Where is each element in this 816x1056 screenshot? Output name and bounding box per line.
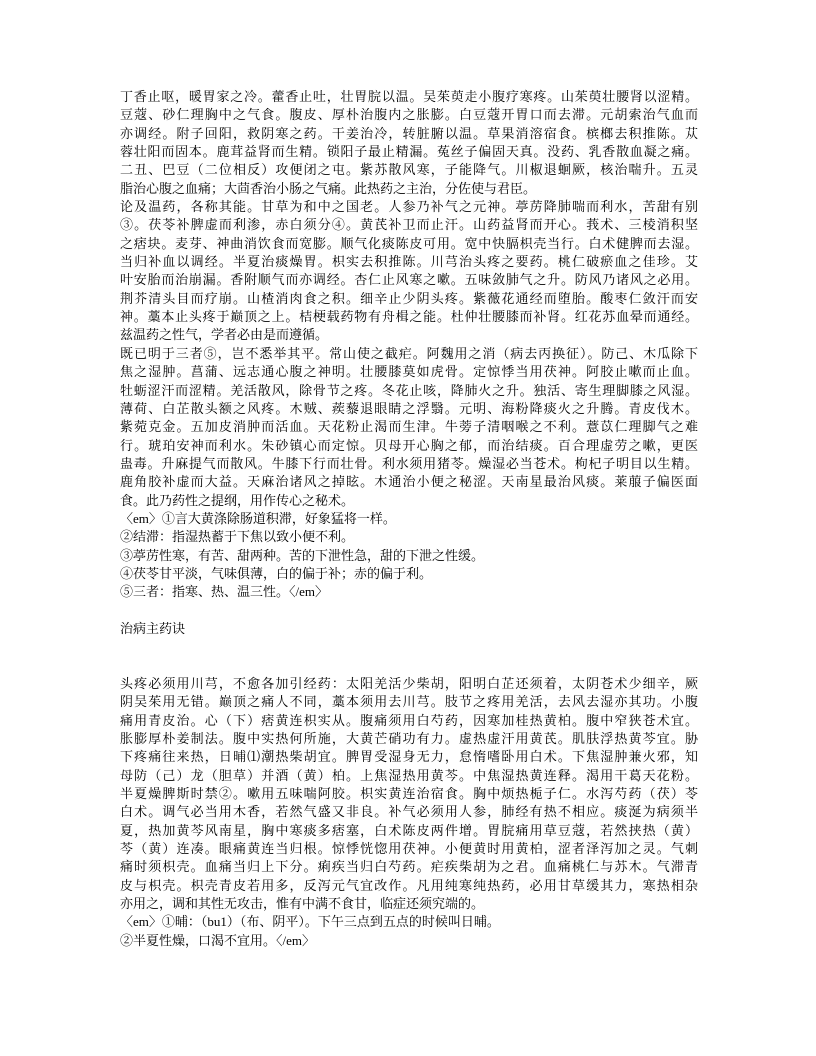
text-line: 紫菀克金。五加皮消肿而活血。天花粉止渴而生津。牛蒡子清咽喉之不利。薏苡仁理脚气之… bbox=[120, 418, 698, 436]
text-line: 焦之湿肿。菖蒲、远志通心腹之神明。壮腰膝莫如虎骨。定惊悸当用茯神。阿胶止嗽而止血… bbox=[120, 363, 698, 381]
blank-line bbox=[120, 602, 698, 620]
text-line: 荆芥清头目而疗崩。山楂消肉食之积。细辛止少阴头疼。紫薇花通经而堕胎。酸枣仁敛汗而… bbox=[120, 290, 698, 308]
text-line: 牡蛎涩汗而涩精。羌活散风，除骨节之疼。冬花止咳，降肺火之升。独活、寄生理脚膝之风… bbox=[120, 382, 698, 400]
text-line: 下疼痛往来热，日晡⑴潮热柴胡宜。脾胃受湿身无力，怠惰嗜卧用白术。下焦湿肿兼火邪，… bbox=[120, 748, 698, 766]
section-title: 治病主药诀 bbox=[120, 620, 698, 638]
text-line: 胀膨厚朴姜制法。腹中实热何所施，大黄芒硝功有力。虚热虚汗用黄芪。肌肤浮热黄芩宜。… bbox=[120, 730, 698, 748]
footnote-line: ④茯苓甘平淡，气味俱薄，白的偏于补；赤的偏于利。 bbox=[120, 565, 698, 583]
footnote-line: ③葶苈性寒，有苦、甜两种。苦的下泄性急，甜的下泄之性缓。 bbox=[120, 547, 698, 565]
text-line: 痛时须枳壳。血痛当归上下分。痢疾当归白芍药。疟疾柴胡为之君。血痛桃仁与苏木。气滞… bbox=[120, 858, 698, 876]
text-line: 既已明于三者⑤，岂不悉举其平。常山使之截疟。阿魏用之消（病去丙换征）。防己、木瓜… bbox=[120, 345, 698, 363]
text-line: 叶安胎而治崩漏。香附顺气而亦调经。杏仁止风寒之嗽。五味敛肺气之升。防风乃诸风之必… bbox=[120, 271, 698, 289]
footnote-line: ②结滞：指湿热蓄于下焦以致小便不利。 bbox=[120, 528, 698, 546]
footnote-line: ②半夏性燥，口渴不宜用。〈/em〉 bbox=[120, 932, 698, 950]
text-line: 芩（黄）连凑。眼痛黄连当归根。惊悸恍惚用茯神。小便黄时用黄柏，涩者泽泻加之灵。气… bbox=[120, 840, 698, 858]
text-line: 蓉壮阳而固本。鹿茸益肾而生精。锁阳子最止精漏。菟丝子偏固天真。没药、乳香散血凝之… bbox=[120, 143, 698, 161]
text-line: 行。琥珀安神而利水。朱砂镇心而定惊。贝母开心胸之郁，而治结痰。百合理虚劳之嗽，更… bbox=[120, 437, 698, 455]
text-line: 母防（己）龙（胆草）并酒（黄）柏。上焦湿热用黄芩。中焦湿热黄连释。渴用干葛天花粉… bbox=[120, 767, 698, 785]
text-line: 蛊毒。升麻提气而散风。牛膝下行而壮骨。利水须用猪苓。燥湿必当苍术。枸杞子明目以生… bbox=[120, 455, 698, 473]
text-line: 鹿角胶补虚而大益。天麻治诸风之掉眩。木通治小便之秘涩。天南星最治风痰。莱菔子偏医… bbox=[120, 473, 698, 491]
footnote-line: 〈em〉①言大黄涤除肠道积滞，好象猛将一样。 bbox=[120, 510, 698, 528]
text-line: 半夏燥脾斯时禁②。嗽用五味喘阿胶。枳实黄连治宿食。胸中烦热栀子仁。水泻芍药（茯）… bbox=[120, 785, 698, 803]
footnote-line: 〈em〉①晡：（bu1）（布、阴平）。下午三点到五点的时候叫日晡。 bbox=[120, 913, 698, 931]
text-line: 豆蔻、砂仁理胸中之气食。腹皮、厚朴治腹内之胀膨。白豆蔻开胃口而去滞。元胡索治气血… bbox=[120, 106, 698, 124]
text-line: 夏，热加黄芩风南星，胸中寒痰多痞塞，白术陈皮两件增。胃脘痛用草豆蔻，若然挟热（黄… bbox=[120, 822, 698, 840]
document-page: 丁香止呕，暖胃家之冷。藿香止吐，壮胃脘以温。吴茱萸走小腹疗寒疼。山茱萸壮腰肾以涩… bbox=[0, 0, 816, 1056]
blank-line bbox=[120, 638, 698, 656]
text-line: 阴吴茱用无错。巅顶之痛人不同，藁本须用去川芎。肢节之疼用羌活，去风去湿亦其功。小… bbox=[120, 693, 698, 711]
footnote-line: ⑤三者：指寒、热、温三性。〈/em〉 bbox=[120, 583, 698, 601]
text-line: 薄荷、白芷散头额之风疼。木贼、蒺藜退眼睛之浮翳。元明、海粉降痰火之升腾。青皮伐木… bbox=[120, 400, 698, 418]
text-line: 兹温药之性气，学者必由是而遵循。 bbox=[120, 326, 698, 344]
blank-line bbox=[120, 657, 698, 675]
text-line: 亦用之，调和其性无攻击，惟有中满不食甘，临症还须究端的。 bbox=[120, 895, 698, 913]
text-line: 论及温药，各称其能。甘草为和中之国老。人参乃补气之元神。葶苈降肺喘而利水，苦甜有… bbox=[120, 198, 698, 216]
text-line: 脂治心腹之血痛；大茴香治小肠之气痛。此热药之主治，分佐使与君臣。 bbox=[120, 180, 698, 198]
text-line: 当归补血以调经。半夏治痰燥胃。枳实去积推陈。川芎治头疼之要药。桃仁破瘀血之佳珍。… bbox=[120, 253, 698, 271]
text-line: 食。此乃药性之提纲，用作传心之秘术。 bbox=[120, 492, 698, 510]
text-line: 神。藁本止头疼于巅顶之上。桔梗载药物有舟楫之能。杜仲壮腰膝而补肾。红花苏血晕而通… bbox=[120, 308, 698, 326]
text-line: 二丑、巴豆（二位相反）攻便闭之屯。紫苏散风寒，子能降气。川椒退蛔厥，核治喘升。五… bbox=[120, 161, 698, 179]
document-text-body: 丁香止呕，暖胃家之冷。藿香止吐，壮胃脘以温。吴茱萸走小腹疗寒疼。山茱萸壮腰肾以涩… bbox=[120, 88, 698, 950]
text-line: 痛用青皮治。心（下）痞黄连枳实从。腹痛须用白芍药，因寒加桂热黄柏。腹中窄狭苍术宜… bbox=[120, 712, 698, 730]
text-line: ③。茯苓补脾虚而利渗，赤白须分④。黄芪补卫而止汗。山药益肾而开心。莪术、三棱消积… bbox=[120, 216, 698, 234]
text-line: 皮与枳壳。枳壳青皮若用多，反泻元气宜改作。凡用纯寒纯热药，必用甘草缓其力，寒热相… bbox=[120, 877, 698, 895]
text-line: 丁香止呕，暖胃家之冷。藿香止吐，壮胃脘以温。吴茱萸走小腹疗寒疼。山茱萸壮腰肾以涩… bbox=[120, 88, 698, 106]
text-line: 亦调经。附子回阳，救阴寒之药。干姜治冷，转脏腑以温。草果消溶宿食。槟榔去积推陈。… bbox=[120, 125, 698, 143]
text-line: 白术。调气必当用木香，若然气盛又非良。补气必须用人参，肺经有热不相应。痰涎为病须… bbox=[120, 803, 698, 821]
text-line: 之痞块。麦芽、神曲消饮食而宽膨。顺气化痰陈皮可用。宽中快膈枳壳当行。白术健脾而去… bbox=[120, 235, 698, 253]
text-line: 头疼必须用川芎，不愈各加引经药：太阳羌活少柴胡，阳明白芷还须着，太阴苍术少细辛，… bbox=[120, 675, 698, 693]
